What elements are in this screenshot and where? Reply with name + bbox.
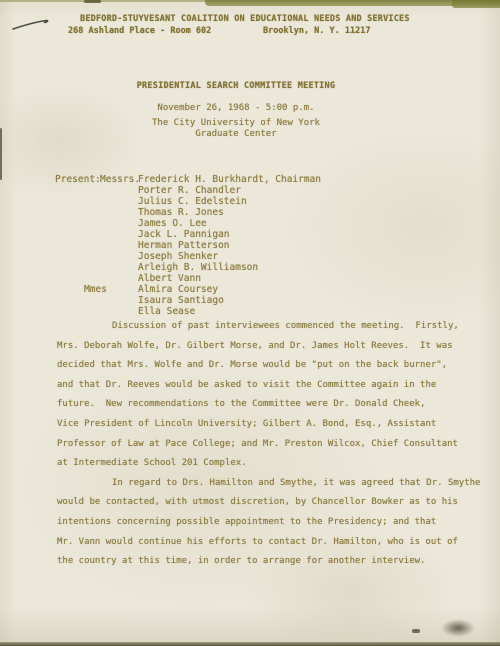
scanned-document-page: BEDFORD-STUYVESANT COALITION ON EDUCATIO…: [0, 0, 500, 646]
attendee-name: Isaura Santiago: [138, 295, 321, 306]
present-label: Present:: [55, 174, 101, 185]
body-line: Discussion of past interviewees commence…: [57, 317, 477, 337]
pen-mark: [8, 13, 54, 35]
ink-smudge: [441, 619, 475, 637]
attendee-name: Porter R. Chandler: [138, 185, 321, 196]
body-line: and that Dr. Reeves would be asked to vi…: [57, 376, 477, 396]
attendee-name: Jack L. Pannigan: [138, 229, 321, 240]
attendee-name: Julius C. Edelstein: [138, 196, 321, 207]
attendee-name-list: Frederick H. Burkhardt, ChairmanPorter R…: [138, 174, 321, 317]
attendee-name: Albert Vann: [138, 273, 321, 284]
attendee-name: James O. Lee: [138, 218, 321, 229]
body-line: future. New recommendations to the Commi…: [57, 395, 477, 415]
org-name: BEDFORD-STUYVESANT COALITION ON EDUCATIO…: [80, 14, 410, 24]
attendee-group-label: Messrs.: [100, 174, 140, 185]
ink-speck: [412, 629, 420, 633]
attendee-name: Thomas R. Jones: [138, 207, 321, 218]
meeting-title: PRESIDENTIAL SEARCH COMMITTEE MEETING: [0, 81, 472, 91]
body-line: at Intermediate School 201 Complex.: [57, 454, 477, 474]
meeting-venue-line2: Graduate Center: [0, 129, 472, 139]
minutes-body: Discussion of past interviewees commence…: [57, 317, 477, 572]
body-line: the country at this time, in order to ar…: [57, 552, 477, 572]
org-city: Brooklyn, N. Y. 11217: [263, 26, 370, 36]
org-address: 268 Ashland Place - Room 602: [68, 26, 211, 36]
body-line: Professor of Law at Pace College; and Mr…: [57, 435, 477, 455]
attendee-name: Ella Sease: [138, 306, 321, 317]
scan-top-blob: [84, 0, 101, 3]
attendee-name: Frederick H. Burkhardt, Chairman: [138, 174, 321, 185]
body-line: Mrs. Deborah Wolfe, Dr. Gilbert Morse, a…: [57, 337, 477, 357]
body-line: would be contacted, with utmost discreti…: [57, 493, 477, 513]
attendee-name: Almira Coursey: [138, 284, 321, 295]
body-line: intentions concerning possible appointme…: [57, 513, 477, 533]
meeting-datetime: November 26, 1968 - 5:00 p.m.: [0, 103, 472, 113]
attendee-name: Arleigh B. Williamson: [138, 262, 321, 273]
scan-bottom-edge: [0, 642, 500, 646]
body-line: Vice President of Lincoln University; Gi…: [57, 415, 477, 435]
attendee-group-label: Mmes: [84, 284, 107, 295]
body-line: decided that Mrs. Wolfe and Dr. Morse wo…: [57, 356, 477, 376]
body-line: In regard to Drs. Hamilton and Smythe, i…: [57, 474, 477, 494]
attendee-name: Joseph Shenker: [138, 251, 321, 262]
scan-top-band-corner: [452, 0, 500, 8]
meeting-venue-line1: The City University of New York: [0, 118, 472, 128]
body-line: Mr. Vann would continue his efforts to c…: [57, 533, 477, 553]
attendee-name: Herman Patterson: [138, 240, 321, 251]
